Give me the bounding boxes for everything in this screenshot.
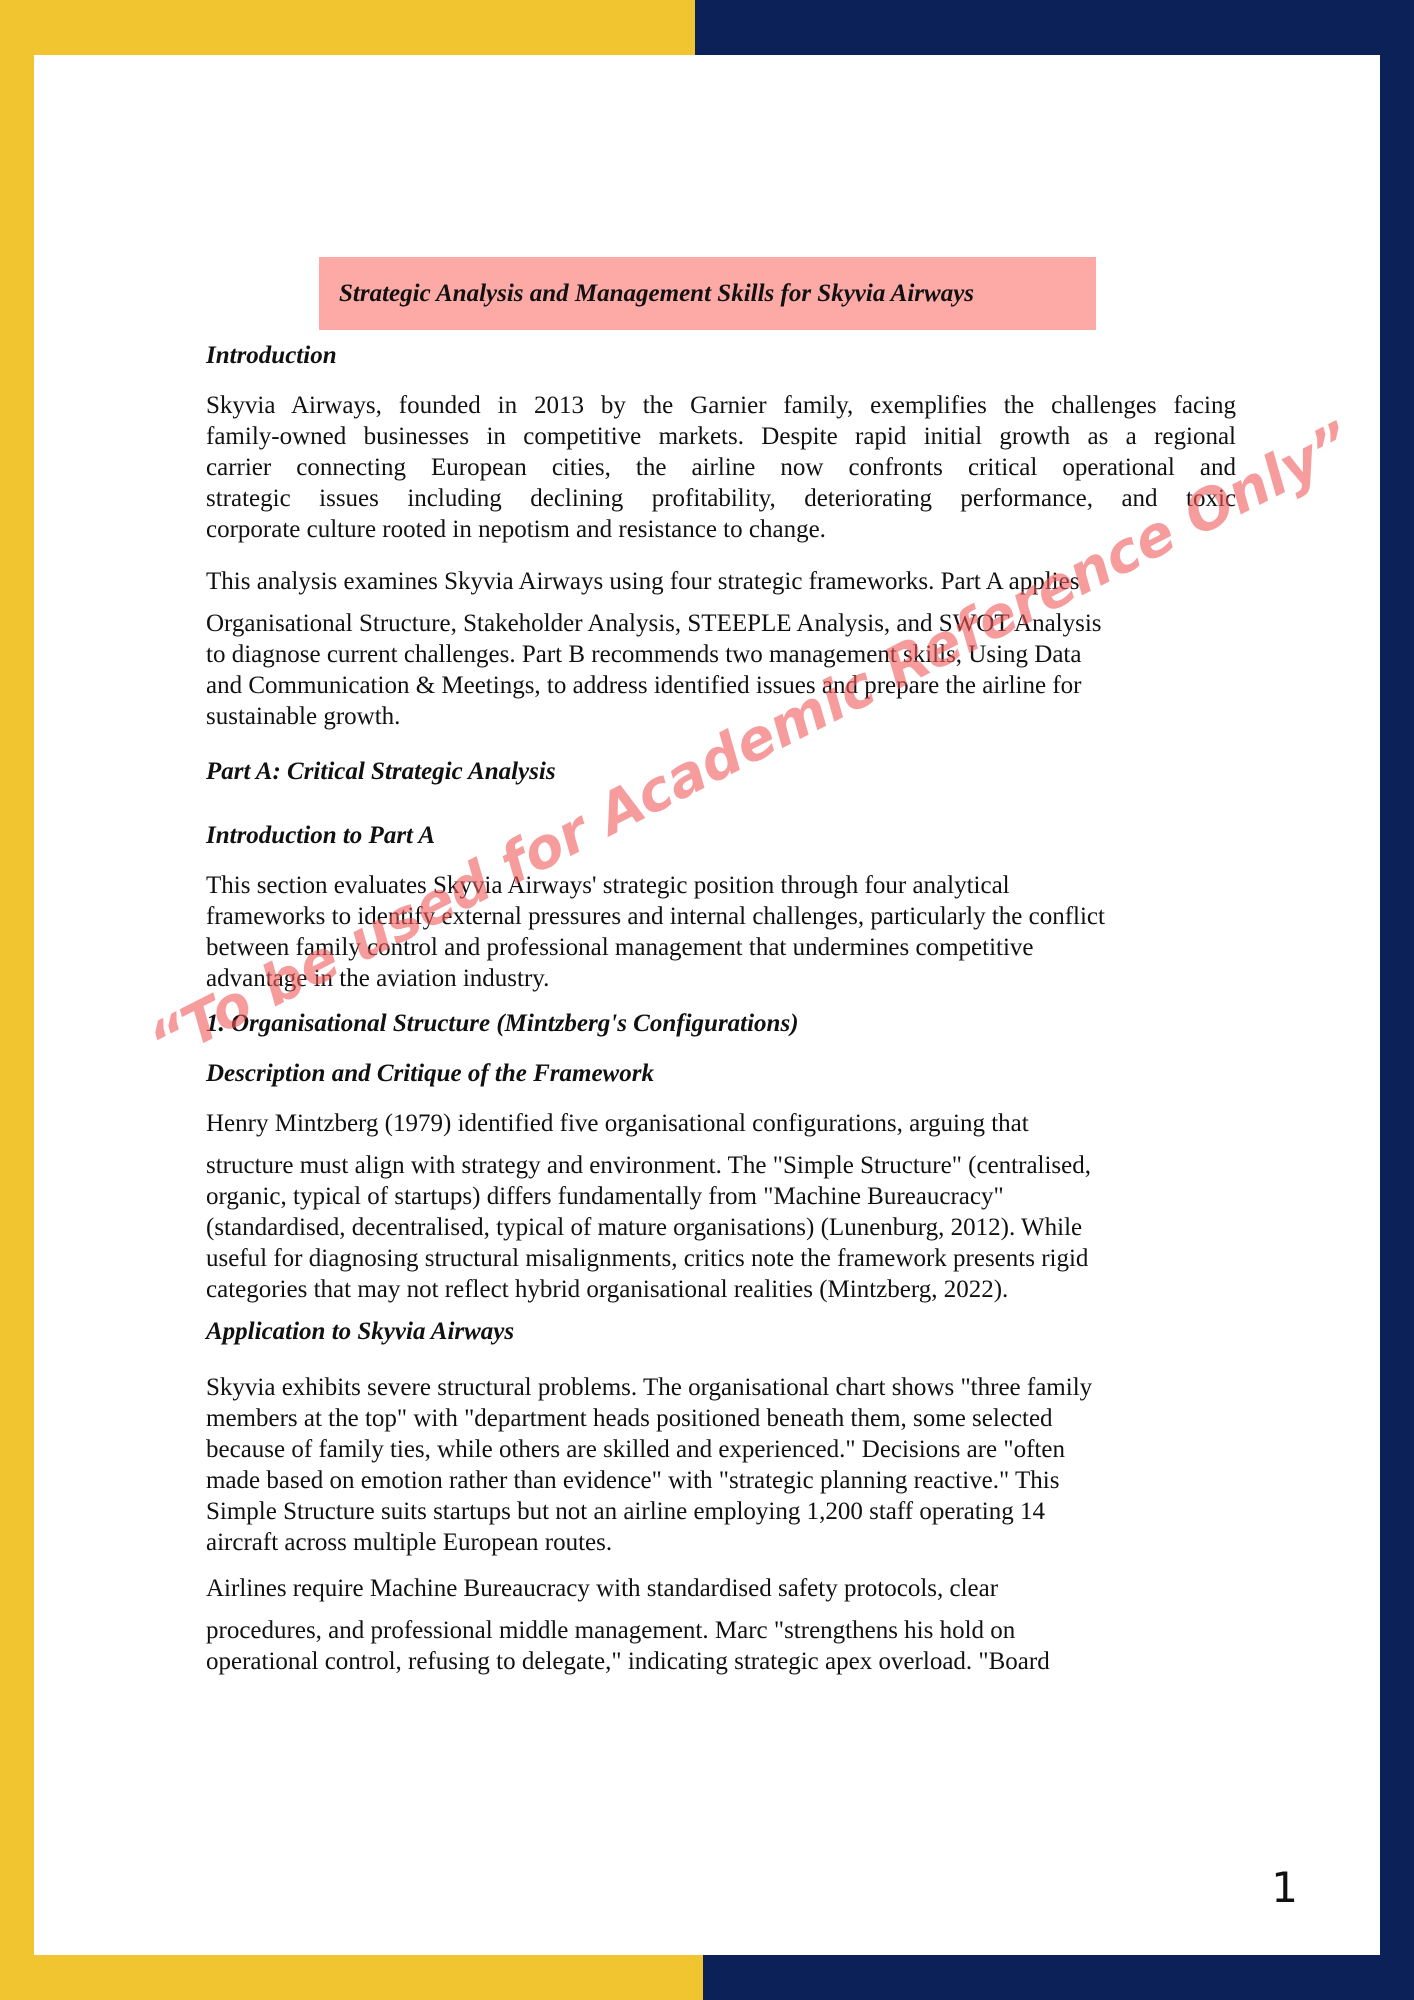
text-line: aircraft across multiple European routes… [206, 1527, 1236, 1558]
text-line: Henry Mintzberg (1979) identified five o… [206, 1108, 1236, 1139]
page-number: 1 [1271, 1863, 1298, 1912]
text-line: This analysis examines Skyvia Airways us… [206, 566, 1236, 597]
text-line: Simple Structure suits startups but not … [206, 1496, 1236, 1527]
text-line: strategic issues including declining pro… [206, 483, 1236, 514]
text-line: members at the top" with "department hea… [206, 1403, 1236, 1434]
document-title: Strategic Analysis and Management Skills… [339, 280, 974, 308]
text-line: because of family ties, while others are… [206, 1434, 1236, 1465]
intro-paragraph-2: This analysis examines Skyvia Airways us… [206, 566, 1236, 732]
intro-paragraph-1: Skyvia Airways, founded in 2013 by the G… [206, 390, 1236, 545]
text-line: to diagnose current challenges. Part B r… [206, 639, 1236, 670]
text-line: This section evaluates Skyvia Airways' s… [206, 870, 1236, 901]
description-paragraph: Henry Mintzberg (1979) identified five o… [206, 1108, 1236, 1305]
text-line: family-owned businesses in competitive m… [206, 421, 1236, 452]
heading-part-a: Part A: Critical Strategic Analysis [206, 758, 556, 786]
text-line: advantage in the aviation industry. [206, 963, 1236, 994]
text-line: and Communication & Meetings, to address… [206, 670, 1236, 701]
airlines-paragraph: Airlines require Machine Bureaucracy wit… [206, 1573, 1236, 1677]
text-line: procedures, and professional middle mana… [206, 1615, 1236, 1646]
text-line: between family control and professional … [206, 932, 1236, 963]
text-line: structure must align with strategy and e… [206, 1150, 1236, 1181]
document-page: Strategic Analysis and Management Skills… [34, 55, 1380, 1955]
text-line: sustainable growth. [206, 701, 1236, 732]
heading-application: Application to Skyvia Airways [206, 1318, 514, 1346]
heading-description-critique: Description and Critique of the Framewor… [206, 1060, 654, 1088]
text-line: Skyvia exhibits severe structural proble… [206, 1372, 1236, 1403]
text-line: corporate culture rooted in nepotism and… [206, 514, 1236, 545]
text-line: organic, typical of startups) differs fu… [206, 1181, 1236, 1212]
heading-intro-part-a: Introduction to Part A [206, 822, 435, 850]
text-line: Skyvia Airways, founded in 2013 by the G… [206, 390, 1236, 421]
text-line: carrier connecting European cities, the … [206, 452, 1236, 483]
heading-org-structure: 1. Organisational Structure (Mintzberg's… [206, 1010, 799, 1038]
title-banner: Strategic Analysis and Management Skills… [319, 257, 1096, 330]
part-a-intro-paragraph: This section evaluates Skyvia Airways' s… [206, 870, 1236, 994]
text-line: Airlines require Machine Bureaucracy wit… [206, 1573, 1236, 1604]
text-line: (standardised, decentralised, typical of… [206, 1212, 1236, 1243]
text-line: categories that may not reflect hybrid o… [206, 1274, 1236, 1305]
application-paragraph: Skyvia exhibits severe structural proble… [206, 1372, 1236, 1558]
text-line: frameworks to identify external pressure… [206, 901, 1236, 932]
text-line: Organisational Structure, Stakeholder An… [206, 608, 1236, 639]
heading-introduction: Introduction [206, 342, 337, 370]
text-line: operational control, refusing to delegat… [206, 1646, 1236, 1677]
text-line: useful for diagnosing structural misalig… [206, 1243, 1236, 1274]
text-line: made based on emotion rather than eviden… [206, 1465, 1236, 1496]
